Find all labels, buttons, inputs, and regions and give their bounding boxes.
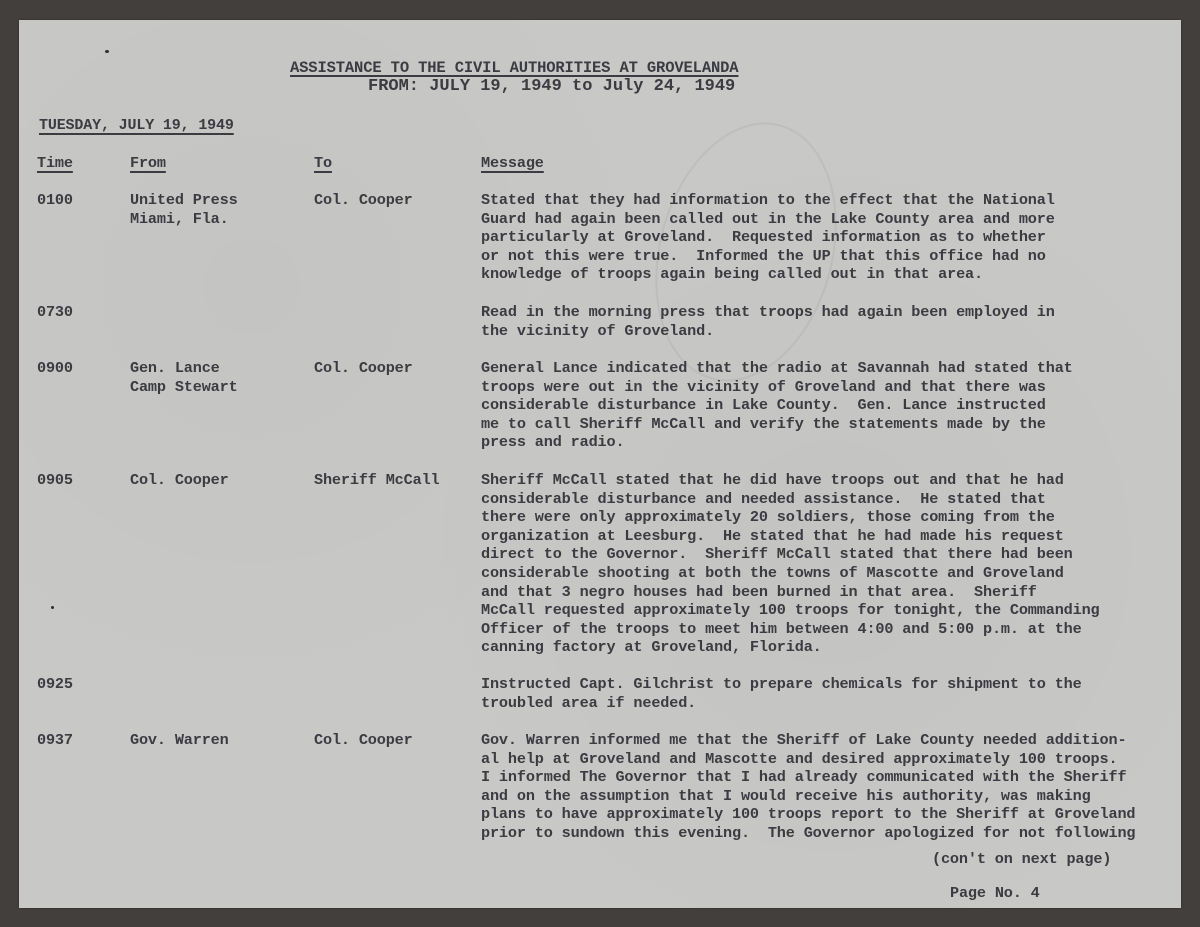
ink-speck xyxy=(51,606,54,609)
entry-message: Stated that they had information to the … xyxy=(481,191,1055,284)
entry-from: United Press Miami, Fla. xyxy=(130,191,238,228)
document-title: ASSISTANCE TO THE CIVIL AUTHORITIES AT G… xyxy=(290,59,738,78)
entry-to: Col. Cooper xyxy=(314,731,413,750)
entry-message: General Lance indicated that the radio a… xyxy=(481,359,1073,452)
entry-message: Gov. Warren informed me that the Sheriff… xyxy=(481,731,1135,843)
column-header-from: From xyxy=(130,154,166,173)
column-header-to: To xyxy=(314,154,332,173)
entry-to: Sheriff McCall xyxy=(314,471,440,490)
continued-note: (con't on next page) xyxy=(932,850,1111,869)
ink-speck xyxy=(105,50,109,53)
entry-message: Instructed Capt. Gilchrist to prepare ch… xyxy=(481,675,1082,712)
entry-time: 0925 xyxy=(37,675,73,694)
entry-time: 0100 xyxy=(37,191,73,210)
document-date-range: FROM: JULY 19, 1949 to July 24, 1949 xyxy=(368,78,735,97)
entry-message: Sheriff McCall stated that he did have t… xyxy=(481,471,1100,657)
entry-time: 0905 xyxy=(37,471,73,490)
document-page: ASSISTANCE TO THE CIVIL AUTHORITIES AT G… xyxy=(19,20,1181,908)
entry-from: Gen. Lance Camp Stewart xyxy=(130,359,238,396)
entry-time: 0900 xyxy=(37,359,73,378)
entry-from: Gov. Warren xyxy=(130,731,229,750)
entry-time: 0937 xyxy=(37,731,73,750)
column-header-message: Message xyxy=(481,154,544,173)
entry-message: Read in the morning press that troops ha… xyxy=(481,303,1055,340)
entry-time: 0730 xyxy=(37,303,73,322)
page-number: Page No. 4 xyxy=(950,884,1040,903)
column-header-time: Time xyxy=(37,154,73,173)
entry-to: Col. Cooper xyxy=(314,359,413,378)
entry-to: Col. Cooper xyxy=(314,191,413,210)
entry-from: Col. Cooper xyxy=(130,471,229,490)
day-heading: TUESDAY, JULY 19, 1949 xyxy=(39,117,234,136)
